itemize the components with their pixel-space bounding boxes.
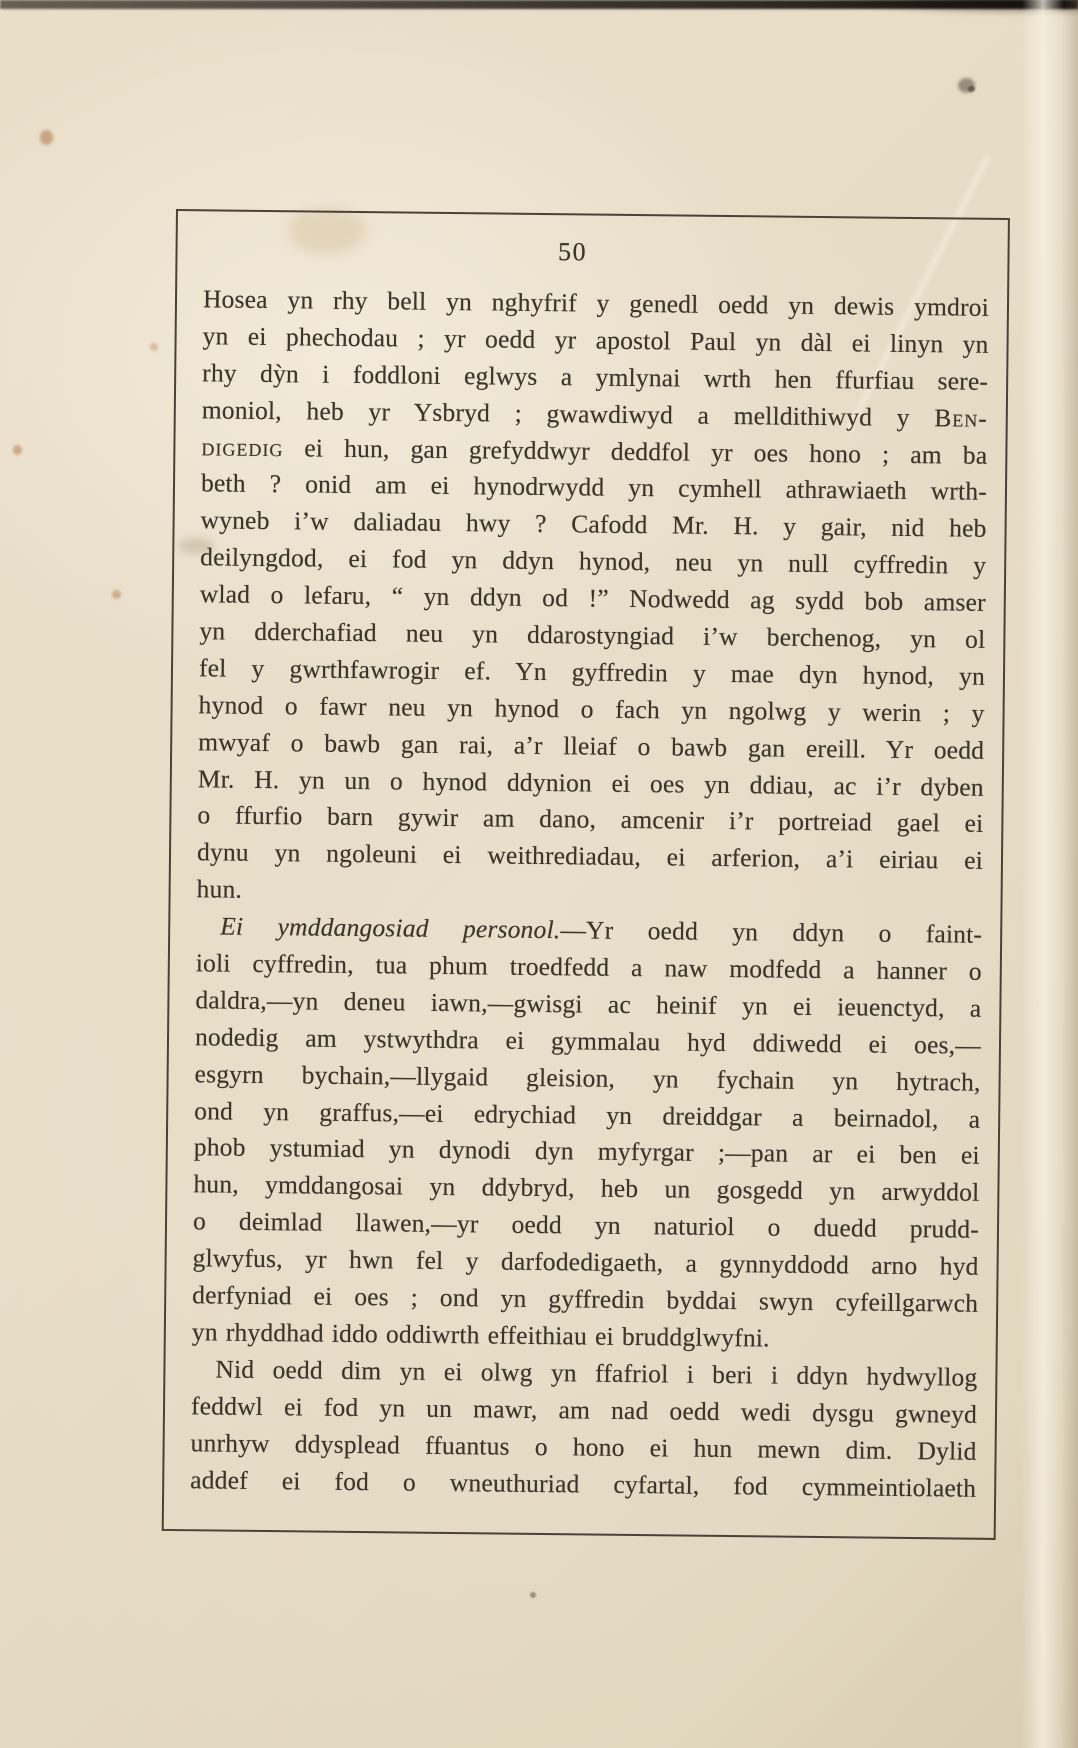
body-text: Hosea yn rhy bell yn nghyfrif y genedl o…: [203, 284, 989, 322]
body-text: Nid oedd dim yn ei olwg yn ffafriol i be…: [215, 1354, 977, 1391]
body-text: hun.: [196, 875, 242, 904]
body-text: unrhyw ddysplead ffuantus o hono ei hun …: [190, 1428, 976, 1466]
body-text: nodedig am ystwythdra ei gymmalau hyd dd…: [195, 1022, 981, 1060]
body-text: fel y gwrthfawrogir ef. Yn gyffredin y m…: [199, 653, 985, 691]
text-block: Hosea yn rhy bell yn nghyfrif y genedl o…: [190, 281, 989, 1507]
ink-speck: [530, 1592, 536, 1598]
body-text: ei hun, gan grefyddwyr deddfol yr oes ho…: [283, 433, 987, 470]
body-text: yn rhyddhad iddo oddiwrth effeithiau ei …: [192, 1317, 770, 1352]
body-text: wlad o lefaru, “ yn ddyn od !” Nodwedd a…: [200, 579, 986, 617]
body-text: moniol, heb yr Ysbryd ; gwawdiwyd a mell…: [202, 395, 935, 432]
page-number: 50: [179, 233, 965, 272]
foxing-stain: [112, 590, 121, 599]
body-text: o deimlad llawen,—yr oedd yn naturiol o …: [193, 1207, 979, 1245]
scanned-book-page: 50 Hosea yn rhy bell yn nghyfrif y gened…: [0, 0, 1078, 1748]
body-text: —Yr oedd yn ddyn o faint-: [560, 915, 982, 949]
body-text: yn ei phechodau ; yr oedd yr apostol Pau…: [202, 321, 988, 359]
body-text: deilyngdod, ei fod yn ddyn hynod, neu yn…: [200, 543, 986, 581]
body-text: hynod o fawr neu yn hynod o fach yn ngol…: [198, 690, 984, 728]
foxing-stain: [40, 130, 53, 145]
page-edge-shadow: [1062, 0, 1078, 1748]
body-text: phob ystumiad yn dynodi dyn myfyrgar ;—p…: [194, 1133, 980, 1171]
body-text: ond yn graffus,—ei edrychiad yn dreiddga…: [194, 1096, 980, 1134]
body-text: rhy dỳn i foddloni eglwys a ymlynai wrth…: [202, 358, 988, 396]
page-edge-highlight: [1022, 0, 1064, 1748]
body-text: wyneb i’w daliadau hwy ? Cafodd Mr. H. y…: [200, 506, 986, 544]
body-text: addef ei fod o wneuthuriad cyfartal, fod…: [190, 1465, 976, 1503]
small-caps-text: Ben-: [934, 403, 988, 433]
ink-smudge: [968, 86, 975, 92]
body-text: beth ? onid am ei hynodrwydd yn cymhell …: [201, 469, 987, 507]
foxing-stain: [150, 343, 158, 351]
body-text: esgyrn bychain,—llygaid gleision, yn fyc…: [194, 1059, 980, 1097]
body-text: glwyfus, yr hwn fel y darfodedigaeth, a …: [192, 1243, 978, 1281]
body-text: yn dderchafiad neu yn ddarostyngiad i’w …: [199, 616, 985, 654]
body-text: feddwl ei fod yn un mawr, am nad oedd we…: [191, 1391, 977, 1429]
body-text: ioli cyffredin, tua phum troedfedd a naw…: [196, 948, 982, 986]
page-border-frame: 50 Hosea yn rhy bell yn nghyfrif y gened…: [162, 209, 1010, 1540]
text-line: addef ei fod o wneuthuriad cyfartal, fod…: [190, 1462, 976, 1507]
foxing-stain: [13, 445, 22, 455]
body-text: Mr. H. yn un o hynod ddynion ei oes yn d…: [198, 764, 984, 802]
body-text: daldra,—yn deneu iawn,—gwisgi ac heinif …: [195, 985, 981, 1023]
body-text: hun, ymddangosai yn ddybryd, heb un gosg…: [193, 1170, 979, 1208]
body-text: dynu yn ngoleuni ei weithrediadau, ei ar…: [197, 838, 983, 876]
body-text: derfyniad ei oes ; ond yn gyffredin bydd…: [192, 1280, 978, 1318]
small-caps-text: digedig: [201, 432, 283, 462]
body-text: mwyaf o bawb gan rai, a’r lleiaf o bawb …: [198, 727, 984, 765]
italic-text: Ei ymddangosiad personol.: [220, 912, 560, 945]
body-text: o ffurfio barn gywir am dano, amcenir i’…: [197, 801, 983, 839]
